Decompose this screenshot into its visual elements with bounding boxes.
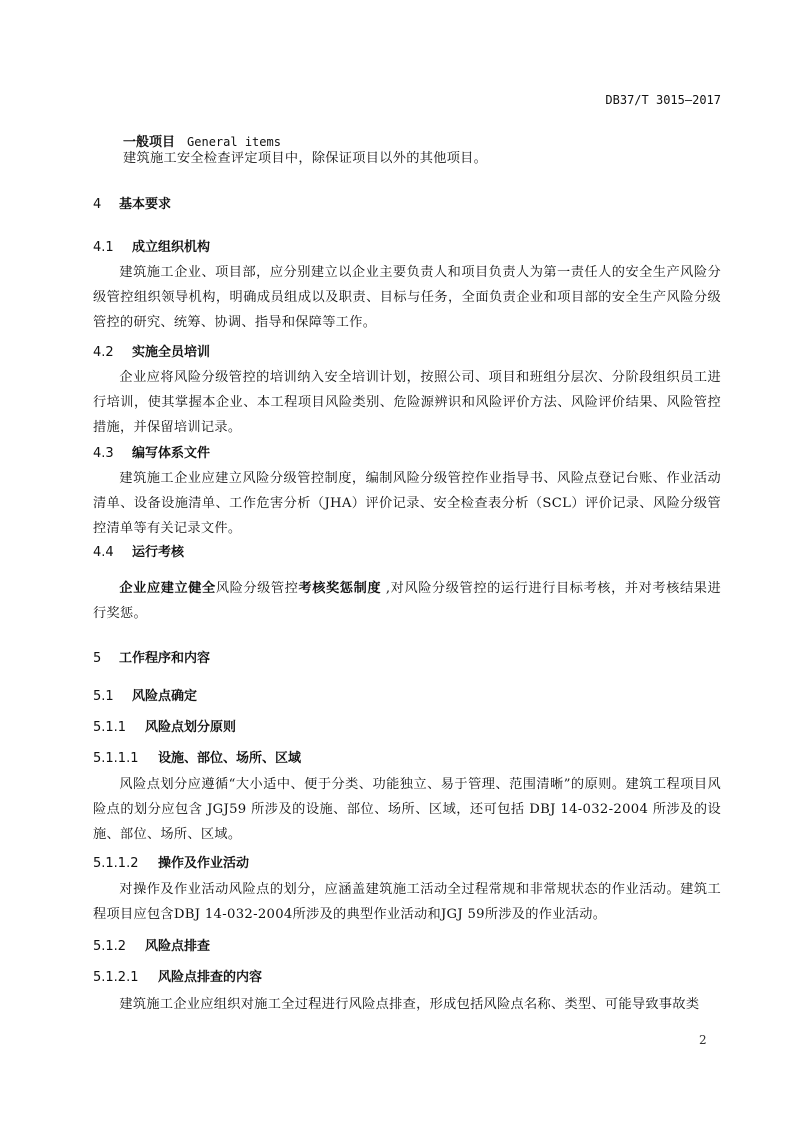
section-5-heading: 5工作程序和内容 <box>93 647 721 666</box>
section-4-4-heading: 4.4运行考核 <box>93 541 721 560</box>
section-5-1-1-1-heading: 5.1.1.1设施、部位、场所、区域 <box>93 747 721 766</box>
section-5-1-1-1-body: 风险点划分应遵循“大小适中、便于分类、功能独立、易于管理、范围清晰”的原则。建筑… <box>93 772 721 847</box>
document-page: DB37/T 3015—2017 一般项目General items 建筑施工安… <box>0 0 793 1122</box>
section-5-1-2-heading: 5.1.2风险点排查 <box>93 935 721 954</box>
section-4-heading: 4基本要求 <box>93 193 721 212</box>
section-4-1-heading: 4.1成立组织机构 <box>93 236 721 255</box>
section-4-4-body: 企业应建立健全风险分级管控考核奖惩制度 ,对风险分级管控的运行进行目标考核，并对… <box>93 576 721 626</box>
section-4-3-body: 建筑施工企业应建立风险分级管控制度，编制风险分级管控作业指导书、风险点登记台账、… <box>93 466 721 541</box>
section-5-1-1-2-heading: 5.1.1.2操作及作业活动 <box>93 852 721 871</box>
section-4-2-heading: 4.2实施全员培训 <box>93 341 721 360</box>
section-5-1-2-1-body: 建筑施工企业应组织对施工全过程进行风险点排查，形成包括风险点名称、类型、可能导致… <box>93 992 721 1017</box>
page-number: 2 <box>699 1033 707 1047</box>
term-definition: 建筑施工安全检查评定项目中，除保证项目以外的其他项目。 <box>123 146 723 171</box>
section-4-2-body: 企业应将风险分级管控的培训纳入安全培训计划，按照公司、项目和班组分层次、分阶段组… <box>93 365 721 440</box>
section-4-1-body: 建筑施工企业、项目部，应分别建立以企业主要负责人和项目负责人为第一责任人的安全生… <box>93 260 721 335</box>
section-4-3-heading: 4.3编写体系文件 <box>93 442 721 461</box>
section-5-1-2-1-heading: 5.1.2.1风险点排查的内容 <box>93 966 721 985</box>
section-5-1-1-heading: 5.1.1风险点划分原则 <box>93 716 721 735</box>
standard-code-header: DB37/T 3015—2017 <box>605 93 721 107</box>
section-5-1-1-2-body: 对操作及作业活动风险点的划分，应涵盖建筑施工活动全过程常规和非常规状态的作业活动… <box>93 877 721 927</box>
section-5-1-heading: 5.1风险点确定 <box>93 685 721 704</box>
